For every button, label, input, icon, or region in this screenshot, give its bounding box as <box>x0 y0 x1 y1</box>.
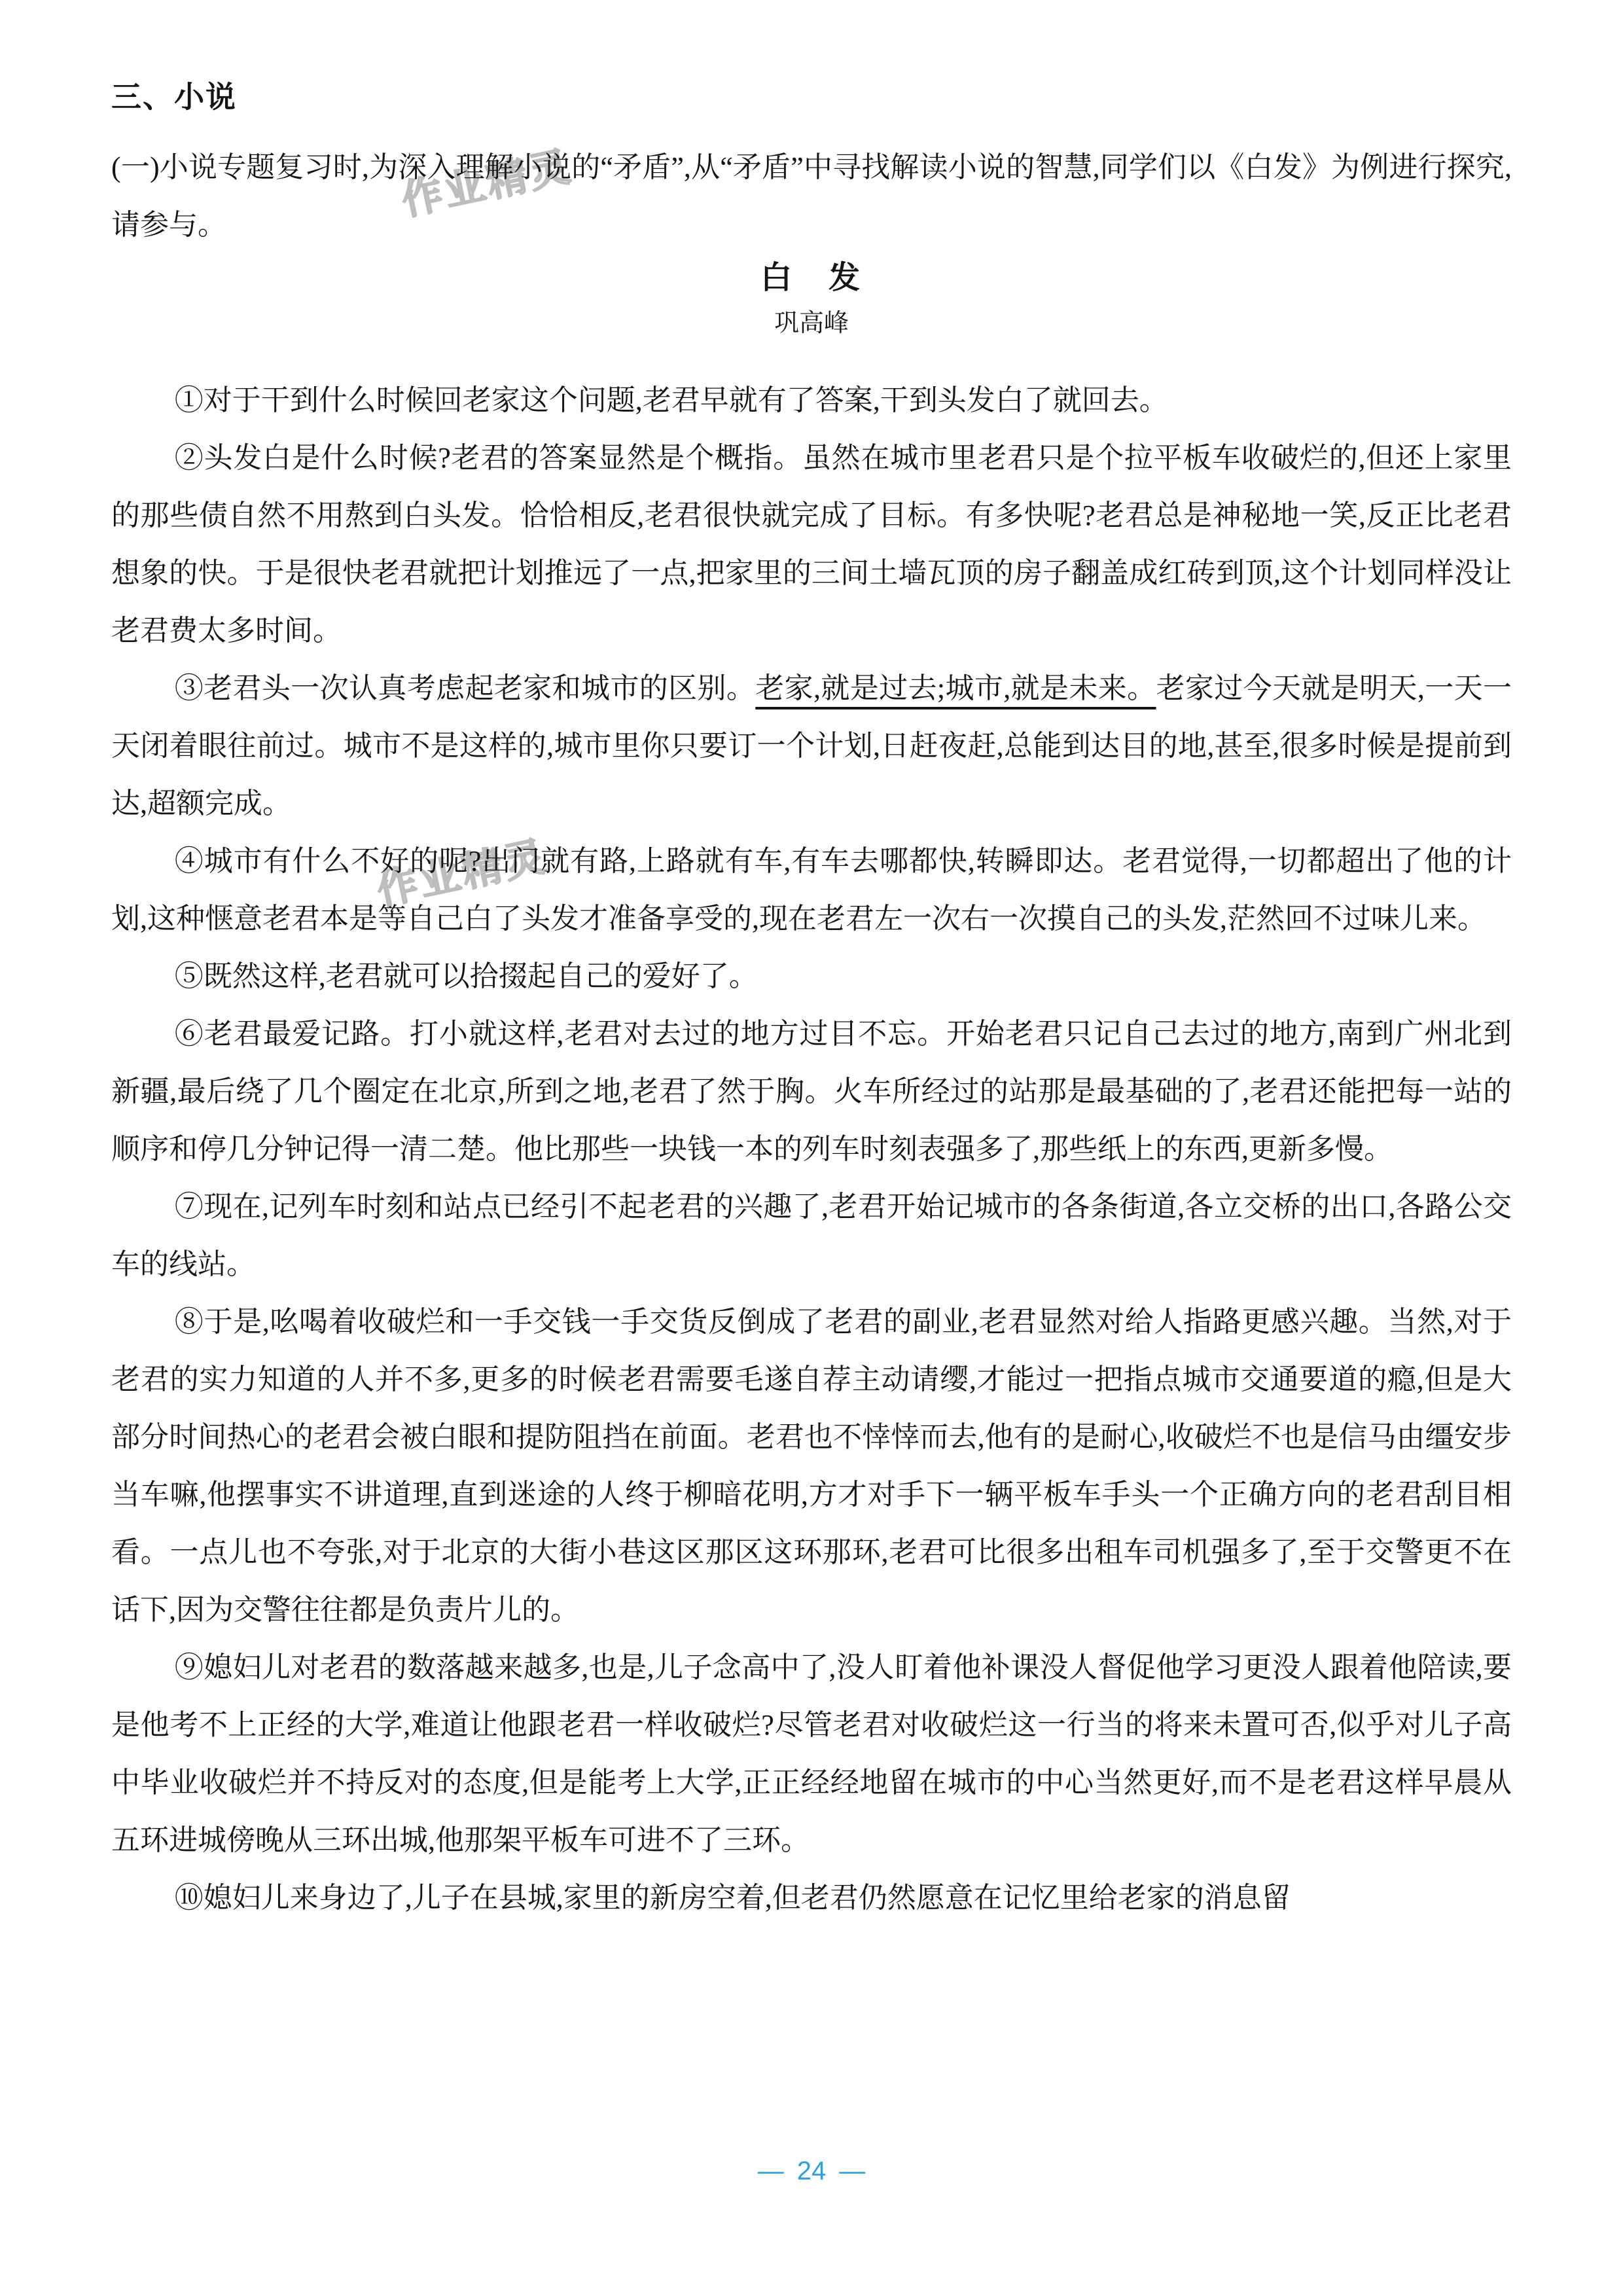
footer-dash: — <box>839 2157 865 2185</box>
story-paragraph: ②头发白是什么时候?老君的答案显然是个概指。虽然在城市里老君只是个拉平板车收破烂… <box>111 429 1512 660</box>
story-title: 白 发 <box>111 259 1512 297</box>
paragraph-text: ⑨媳妇儿对老君的数落越来越多,也是,儿子念高中了,没人盯着他补课没人督促他学习更… <box>111 1651 1512 1856</box>
paragraph-text: ②头发白是什么时候?老君的答案显然是个概指。虽然在城市里老君只是个拉平板车收破烂… <box>111 442 1512 647</box>
page-content: 三、小说 (一)小说专题复习时,为深入理解小说的“矛盾”,从“矛盾”中寻找解读小… <box>111 80 1512 1927</box>
story-paragraph: ③老君头一次认真考虑起老家和城市的区别。老家,就是过去;城市,就是未来。老家过今… <box>111 660 1512 833</box>
story-paragraph: ⑨媳妇儿对老君的数落越来越多,也是,儿子念高中了,没人盯着他补课没人督促他学习更… <box>111 1639 1512 1869</box>
story-paragraph: ①对于干到什么时候回老家这个问题,老君早就有了答案,干到头发白了就回去。 <box>111 372 1512 429</box>
paragraph-text: ⑧于是,吆喝着收破烂和一手交钱一手交货反倒成了老君的副业,老君显然对给人指路更感… <box>111 1306 1512 1626</box>
story-paragraph: ⑩媳妇儿来身边了,儿子在县城,家里的新房空着,但老君仍然愿意在记忆里给老家的消息… <box>111 1869 1512 1927</box>
story-paragraph: ⑤既然这样,老君就可以拾掇起自己的爱好了。 <box>111 948 1512 1005</box>
section-heading: 三、小说 <box>111 80 1512 114</box>
paragraph-text: ⑩媳妇儿来身边了,儿子在县城,家里的新房空着,但老君仍然愿意在记忆里给老家的消息… <box>175 1882 1291 1914</box>
page-number: 24 <box>797 2157 827 2185</box>
story-author: 巩高峰 <box>111 308 1512 339</box>
paragraph-text: ⑤既然这样,老君就可以拾掇起自己的爱好了。 <box>175 960 758 992</box>
paragraph-text: ⑦现在,记列车时刻和站点已经引不起老君的兴趣了,老君开始记城市的各条街道,各立交… <box>111 1191 1512 1280</box>
paragraph-text: ⑥老君最爱记路。打小就这样,老君对去过的地方过目不忘。开始老君只记自己去过的地方… <box>111 1018 1512 1165</box>
footer-dash: — <box>758 2157 784 2185</box>
story-body: ①对于干到什么时候回老家这个问题,老君早就有了答案,干到头发白了就回去。②头发白… <box>111 372 1512 1927</box>
story-paragraph: ⑧于是,吆喝着收破烂和一手交钱一手交货反倒成了老君的副业,老君显然对给人指路更感… <box>111 1293 1512 1639</box>
paragraph-text: ③老君头一次认真考虑起老家和城市的区别。 <box>175 672 756 704</box>
document-page: 作业精灵 作业精灵 三、小说 (一)小说专题复习时,为深入理解小说的“矛盾”,从… <box>0 0 1623 2296</box>
underlined-phrase: 老家,就是过去;城市,就是未来。 <box>755 672 1156 704</box>
story-paragraph: ④城市有什么不好的呢?出门就有路,上路就有车,有车去哪都快,转瞬即达。老君觉得,… <box>111 833 1512 948</box>
paragraph-text: ①对于干到什么时候回老家这个问题,老君早就有了答案,干到头发白了就回去。 <box>175 384 1168 416</box>
page-footer: —24— <box>0 2156 1623 2186</box>
paragraph-text: ④城市有什么不好的呢?出门就有路,上路就有车,有车去哪都快,转瞬即达。老君觉得,… <box>111 845 1512 935</box>
exercise-intro: (一)小说专题复习时,为深入理解小说的“矛盾”,从“矛盾”中寻找解读小说的智慧,… <box>111 139 1512 254</box>
story-paragraph: ⑥老君最爱记路。打小就这样,老君对去过的地方过目不忘。开始老君只记自己去过的地方… <box>111 1005 1512 1178</box>
story-paragraph: ⑦现在,记列车时刻和站点已经引不起老君的兴趣了,老君开始记城市的各条街道,各立交… <box>111 1178 1512 1293</box>
